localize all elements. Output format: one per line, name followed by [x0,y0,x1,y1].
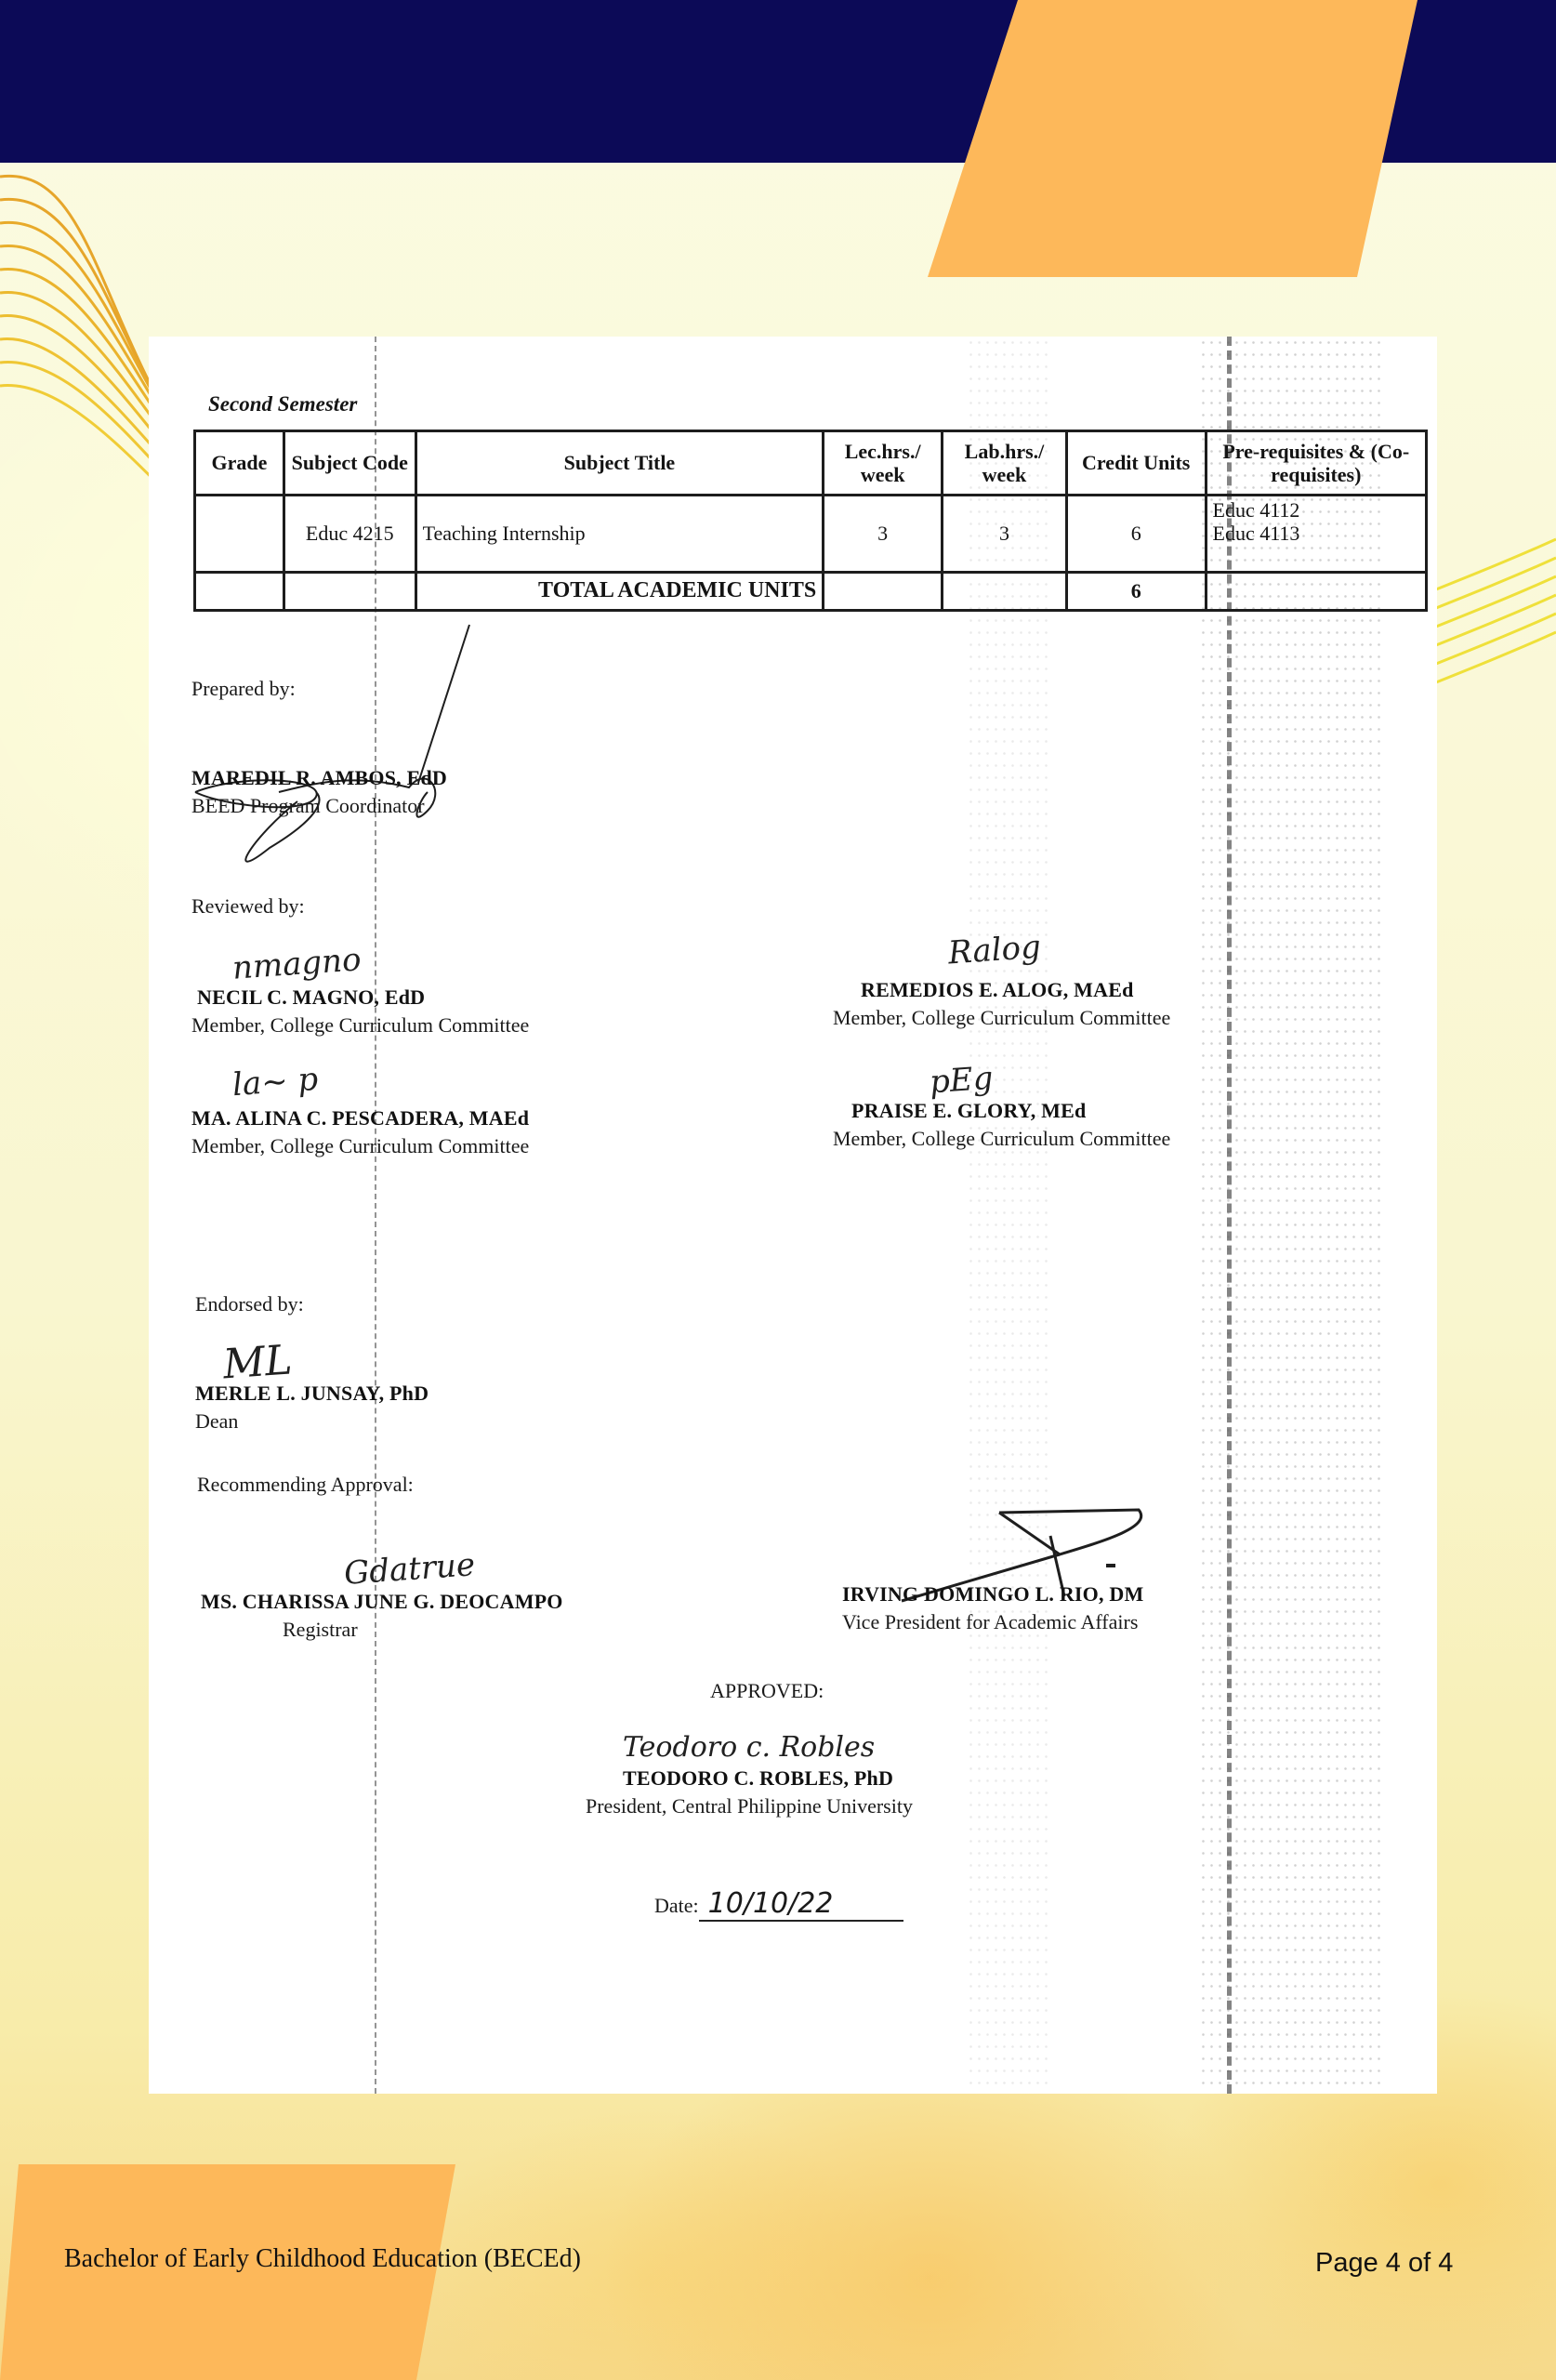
signatory-name: TEODORO C. ROBLES, PhD [623,1766,893,1791]
cell-empty [824,573,943,611]
approved-label: APPROVED: [710,1679,824,1703]
cell-subject-code: Educ 4215 [284,496,415,573]
signatory-name: REMEDIOS E. ALOG, MAEd [861,978,1134,1002]
signatory-role: Member, College Curriculum Committee [833,1006,1170,1030]
prerequisite-item: Educ 4112 [1213,498,1419,522]
cell-empty [195,573,284,611]
date-label: Date: [654,1894,699,1917]
signatory-role: Registrar [283,1618,358,1642]
cell-lec-hrs: 3 [824,496,943,573]
endorsed-by-label: Endorsed by: [195,1292,304,1316]
curriculum-table: Grade Subject Code Subject Title Lec.hrs… [193,430,1428,612]
scanned-document: Second Semester Grade Subject Code Subje… [149,337,1437,2094]
signature-pescadera: la~ p [231,1061,320,1104]
cell-empty [284,573,415,611]
header-grade: Grade [195,431,284,496]
header-lec-hrs: Lec.hrs./ week [824,431,943,496]
cell-credit-units: 6 [1066,496,1206,573]
signature-ambos [186,615,576,866]
signatory-role: Member, College Curriculum Committee [833,1127,1170,1151]
header-subject-code: Subject Code [284,431,415,496]
signatory-name: MA. ALINA C. PESCADERA, MAEd [191,1106,529,1130]
prerequisite-item: Educ 4113 [1213,522,1419,545]
cell-lab-hrs: 3 [943,496,1067,573]
semester-label: Second Semester [208,392,357,416]
cell-empty [1206,573,1426,611]
orange-accent-shape-top [0,0,1556,279]
reviewed-by-label: Reviewed by: [191,894,305,919]
signatory-role: BEED Program Coordinator [191,794,425,818]
total-credit-units: 6 [1066,573,1206,611]
signatory-role: Member, College Curriculum Committee [191,1134,529,1158]
table-header-row: Grade Subject Code Subject Title Lec.hrs… [195,431,1427,496]
signature-magno: nmagno [231,941,363,987]
signatory-role: Vice President for Academic Affairs [842,1610,1138,1634]
signatory-name: MERLE L. JUNSAY, PhD [195,1382,429,1406]
signatory-role: Dean [195,1409,238,1434]
header-subject-title: Subject Title [415,431,824,496]
signatory-role: President, Central Philippine University [586,1794,913,1818]
header-lab-hrs: Lab.hrs./ week [943,431,1067,496]
cell-subject-title: Teaching Internship [415,496,824,573]
table-total-row: TOTAL ACADEMIC UNITS 6 [195,573,1427,611]
cell-grade [195,496,284,573]
cell-empty [943,573,1067,611]
date-value: 10/10/22 [699,1887,903,1922]
header-credit-units: Credit Units [1066,431,1206,496]
footer-program-name: Bachelor of Early Childhood Education (B… [64,2244,581,2274]
signatory-name: NECIL C. MAGNO, EdD [197,985,425,1010]
signature-robles: Teodoro c. Robles [623,1731,875,1764]
footer-page-number: Page 4 of 4 [1315,2248,1453,2279]
header-prerequisites: Pre-requisites & (Co-requisites) [1206,431,1426,496]
cell-prerequisites: Educ 4112 Educ 4113 [1206,496,1426,573]
signatory-name: PRAISE E. GLORY, MEd [851,1099,1086,1123]
signatory-role: Member, College Curriculum Committee [191,1013,529,1038]
signatory-name: IRVING DOMINGO L. RIO, DM [842,1582,1143,1606]
signature-deocampo: Gdatrue [343,1546,477,1593]
signatory-name: MS. CHARISSA JUNE G. DEOCAMPO [201,1590,563,1614]
table-row: Educ 4215 Teaching Internship 3 3 6 Educ… [195,496,1427,573]
signatory-name: MAREDIL R. AMBOS, EdD [191,766,447,790]
recommending-approval-label: Recommending Approval: [197,1473,414,1497]
date-field: Date:10/10/22 [654,1887,903,1922]
total-label: TOTAL ACADEMIC UNITS [415,573,824,611]
